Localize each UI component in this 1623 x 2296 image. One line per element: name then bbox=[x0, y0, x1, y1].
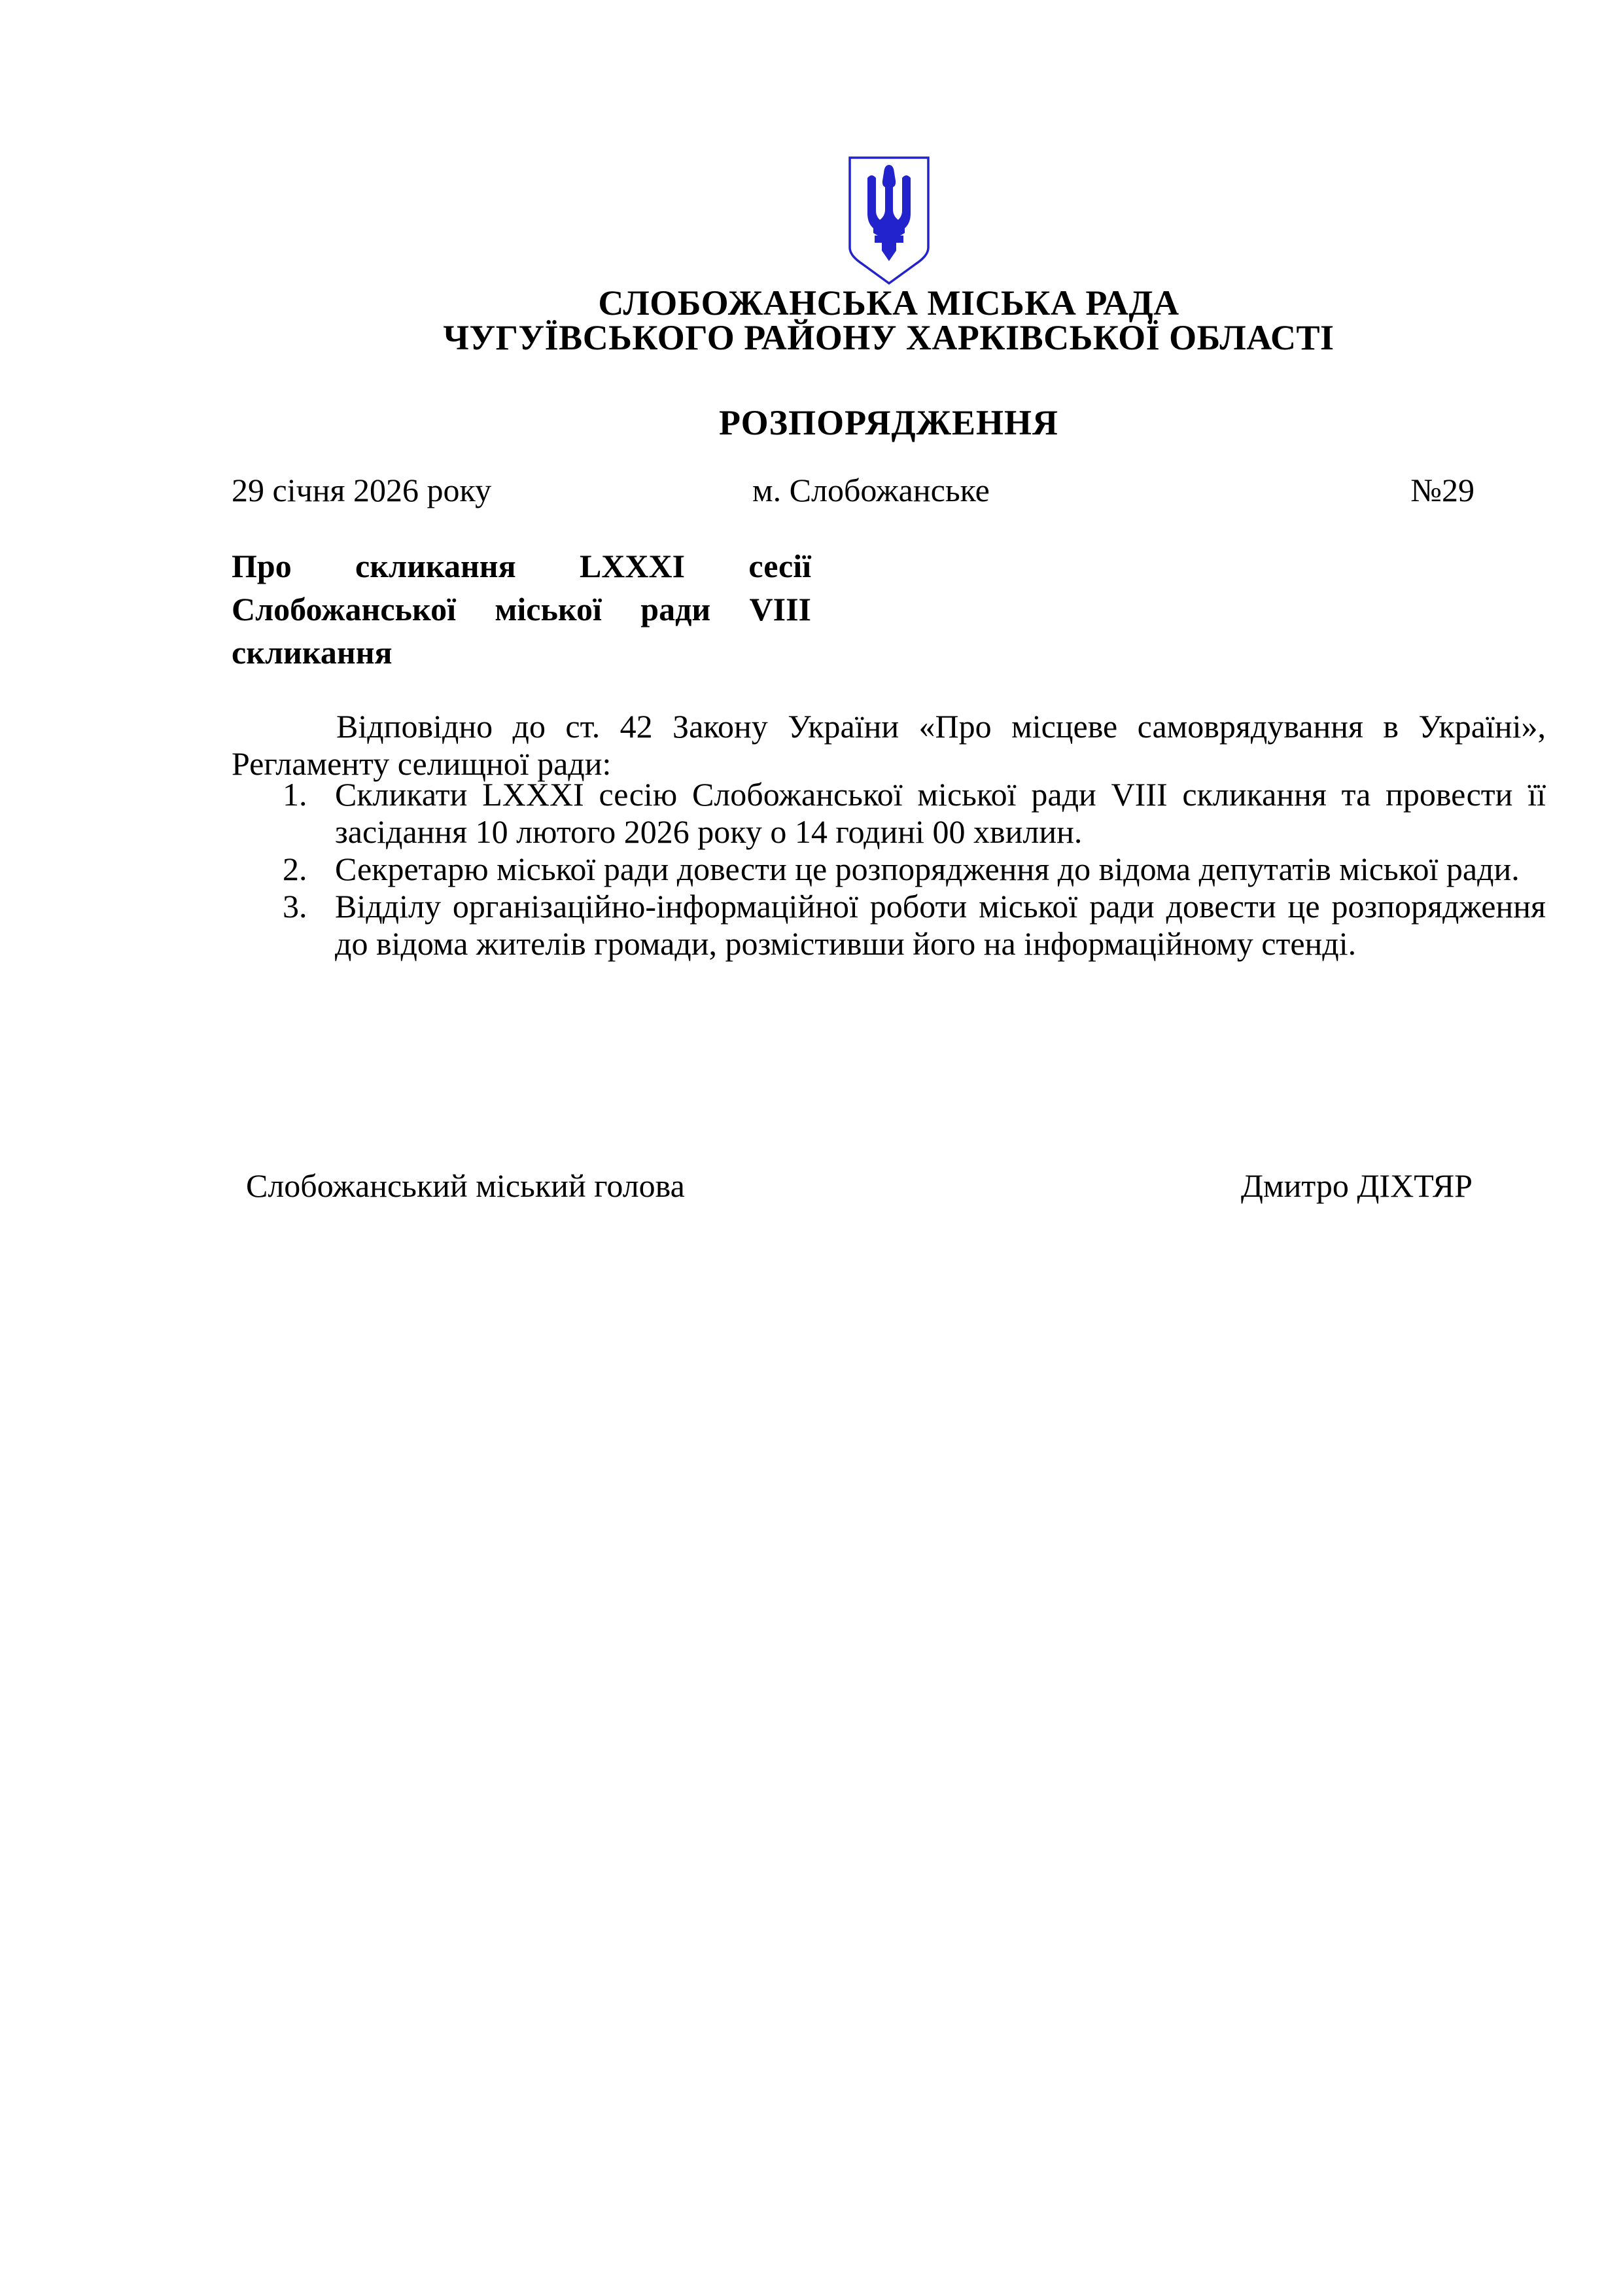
list-item-2: 2. Секретарю міської ради довести це роз… bbox=[232, 851, 1546, 888]
council-name: СЛОБОЖАНСЬКА МІСЬКА РАДА bbox=[232, 286, 1546, 321]
ordered-list: 1. Скликати LXXXI сесію Слобожанської мі… bbox=[232, 776, 1546, 963]
tryzub-icon bbox=[847, 156, 931, 285]
list-item-1: 1. Скликати LXXXI сесію Слобожанської мі… bbox=[232, 776, 1546, 813]
subject-block: Про скликання LXXXI сесії Слобожанської … bbox=[232, 544, 811, 674]
intro-line: Відповідно до ст. 42 Закону України «Про… bbox=[232, 708, 1546, 745]
subject-line: Про скликання LXXXI сесії bbox=[232, 544, 811, 588]
list-item-text: Відділу організаційно-інформаційної робо… bbox=[335, 888, 1546, 925]
list-item-text: до відома жителів громади, розмістивши й… bbox=[335, 925, 1546, 963]
list-item-number: 2. bbox=[283, 851, 307, 888]
document-date: 29 січня 2026 року bbox=[232, 472, 491, 508]
list-item-number: 3. bbox=[283, 888, 307, 925]
intro-paragraph: Відповідно до ст. 42 Закону України «Про… bbox=[232, 708, 1546, 783]
list-item-3-cont: до відома жителів громади, розмістивши й… bbox=[232, 925, 1546, 963]
region-name: ЧУГУЇВСЬКОГО РАЙОНУ ХАРКІВСЬКОЇ ОБЛАСТІ bbox=[232, 321, 1546, 355]
list-item-3: 3. Відділу організаційно-інформаційної р… bbox=[232, 888, 1546, 925]
document-type-title: РОЗПОРЯДЖЕННЯ bbox=[232, 404, 1546, 441]
list-item-1-cont: засідання 10 лютого 2026 року о 14 годин… bbox=[232, 813, 1546, 851]
list-item-number: 1. bbox=[283, 776, 307, 813]
subject-line: Слобожанської міської ради VIII bbox=[232, 588, 811, 631]
document-number: №29 bbox=[1410, 472, 1475, 508]
signature-row: Слобожанський міський голова Дмитро ДІХТ… bbox=[0, 1167, 1623, 1205]
list-item-text: Секретарю міської ради довести це розпор… bbox=[335, 851, 1546, 888]
list-item-text: засідання 10 лютого 2026 року о 14 годин… bbox=[335, 813, 1546, 851]
coat-of-arms bbox=[847, 156, 931, 285]
meta-row: 29 січня 2026 року м. Слобожанське №29 bbox=[0, 472, 1623, 512]
document-place: м. Слобожанське bbox=[752, 472, 990, 508]
document-page: СЛОБОЖАНСЬКА МІСЬКА РАДА ЧУГУЇВСЬКОГО РА… bbox=[0, 0, 1623, 2296]
signer-name: Дмитро ДІХТЯР bbox=[1241, 1167, 1473, 1205]
org-name-block: СЛОБОЖАНСЬКА МІСЬКА РАДА ЧУГУЇВСЬКОГО РА… bbox=[232, 286, 1546, 355]
subject-line: скликання bbox=[232, 631, 811, 674]
list-item-text: Скликати LXXXI сесію Слобожанської міськ… bbox=[335, 776, 1546, 813]
signer-title: Слобожанський міський голова bbox=[246, 1167, 685, 1205]
